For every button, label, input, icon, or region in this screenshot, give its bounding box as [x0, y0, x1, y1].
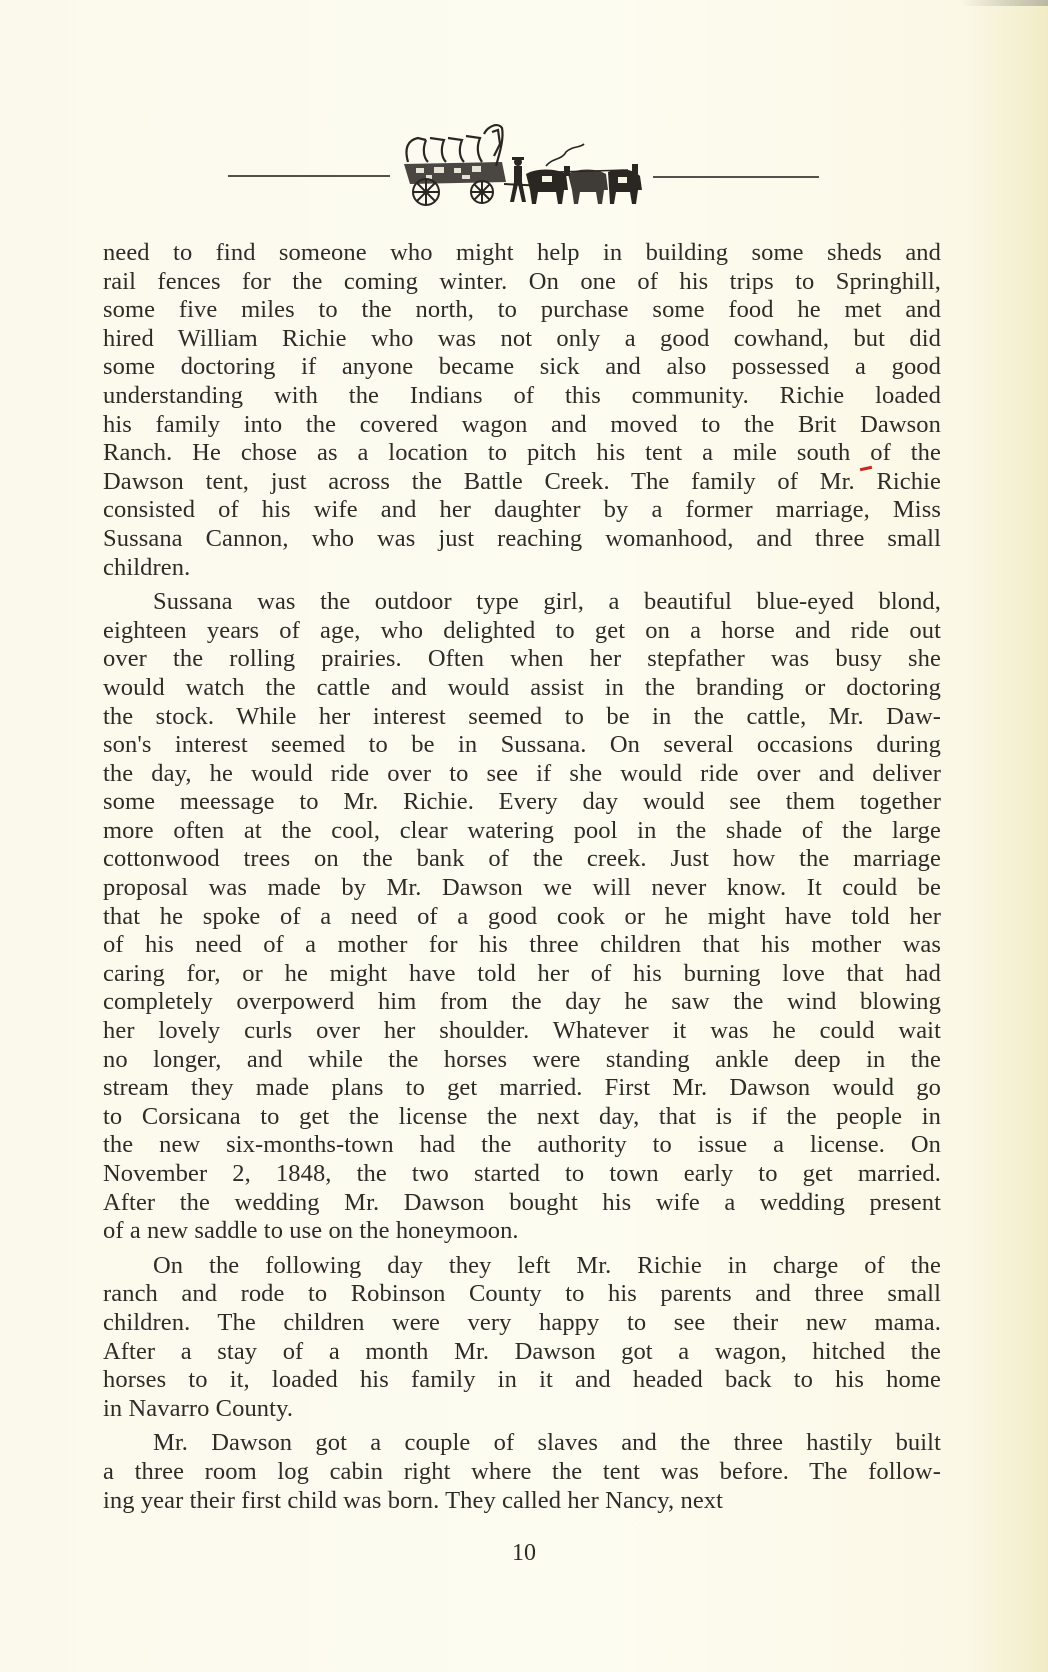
ornament-rule-right [653, 176, 819, 178]
text-line: some five miles to the north, to purchas… [103, 296, 941, 325]
text-line: understanding with the Indians of this c… [103, 382, 941, 411]
text-line: a three room log cabin right where the t… [103, 1458, 941, 1487]
text-line: proposal was made by Mr. Dawson we will … [103, 874, 941, 903]
text-line: Dawson tent, just across the Battle Cree… [103, 468, 941, 497]
text-line: need to find someone who might help in b… [103, 239, 941, 268]
paragraph: Mr. Dawson got a couple of slaves and th… [103, 1429, 941, 1515]
text-line: consisted of his wife and her daughter b… [103, 496, 941, 525]
header-ornament [228, 120, 820, 210]
text-line: some doctoring if anyone became sick and… [103, 353, 941, 382]
text-line: caring for, or he might have told her of… [103, 960, 941, 989]
text-line: eighteen years of age, who delighted to … [103, 617, 941, 646]
text-line: horses to it, loaded his family in it an… [103, 1366, 941, 1395]
text-line: Sussana Cannon, who was just reaching wo… [103, 525, 941, 554]
text-line: Mr. Dawson got a couple of slaves and th… [103, 1429, 941, 1458]
text-line: Ranch. He chose as a location to pitch h… [103, 439, 941, 468]
ornament-rule-left [228, 175, 390, 177]
text-line: of his need of a mother for his three ch… [103, 931, 941, 960]
text-line: her lovely curls over her shoulder. What… [103, 1017, 941, 1046]
text-line: that he spoke of a need of a good cook o… [103, 903, 941, 932]
text-line: After a stay of a month Mr. Dawson got a… [103, 1338, 941, 1367]
text-line: the new six-months-town had the authorit… [103, 1131, 941, 1160]
text-line: stream they made plans to get married. F… [103, 1074, 941, 1103]
text-line: On the following day they left Mr. Richi… [103, 1252, 941, 1281]
paragraph: On the following day they left Mr. Richi… [103, 1252, 941, 1424]
text-line: over the rolling prairies. Often when he… [103, 645, 941, 674]
text-line: November 2, 1848, the two started to tow… [103, 1160, 941, 1189]
text-line: ing year their first child was born. The… [103, 1487, 941, 1516]
text-line: completely overpowerd him from the day h… [103, 988, 941, 1017]
text-line: more often at the cool, clear watering p… [103, 817, 941, 846]
text-line: to Corsicana to get the license the next… [103, 1103, 941, 1132]
text-line: in Navarro County. [103, 1395, 941, 1424]
text-line: some meessage to Mr. Richie. Every day w… [103, 788, 941, 817]
text-line: rail fences for the coming winter. On on… [103, 268, 941, 297]
scan-edge-shadow [960, 0, 1048, 6]
text-line: Sussana was the outdoor type girl, a bea… [103, 588, 941, 617]
text-line: children. The children were very happy t… [103, 1309, 941, 1338]
paragraph: need to find someone who might help in b… [103, 239, 941, 582]
text-line: ranch and rode to Robinson County to his… [103, 1280, 941, 1309]
text-line: would watch the cattle and would assist … [103, 674, 941, 703]
text-line: his family into the covered wagon and mo… [103, 411, 941, 440]
text-line: cottonwood trees on the bank of the cree… [103, 845, 941, 874]
text-line: son's interest seemed to be in Sussana. … [103, 731, 941, 760]
text-line: the day, he would ride over to see if sh… [103, 760, 941, 789]
page-number: 10 [0, 1540, 1048, 1567]
text-line: of a new saddle to use on the honeymoon. [103, 1217, 941, 1246]
covered-wagon-ox-team-icon [396, 122, 648, 208]
text-line: hired William Richie who was not only a … [103, 325, 941, 354]
text-line: no longer, and while the horses were sta… [103, 1046, 941, 1075]
paragraph: Sussana was the outdoor type girl, a bea… [103, 588, 941, 1246]
text-line: the stock. While her interest seemed to … [103, 703, 941, 732]
body-text: need to find someone who might help in b… [103, 239, 941, 1515]
text-line: After the wedding Mr. Dawson bought his … [103, 1189, 941, 1218]
text-line: children. [103, 554, 941, 583]
